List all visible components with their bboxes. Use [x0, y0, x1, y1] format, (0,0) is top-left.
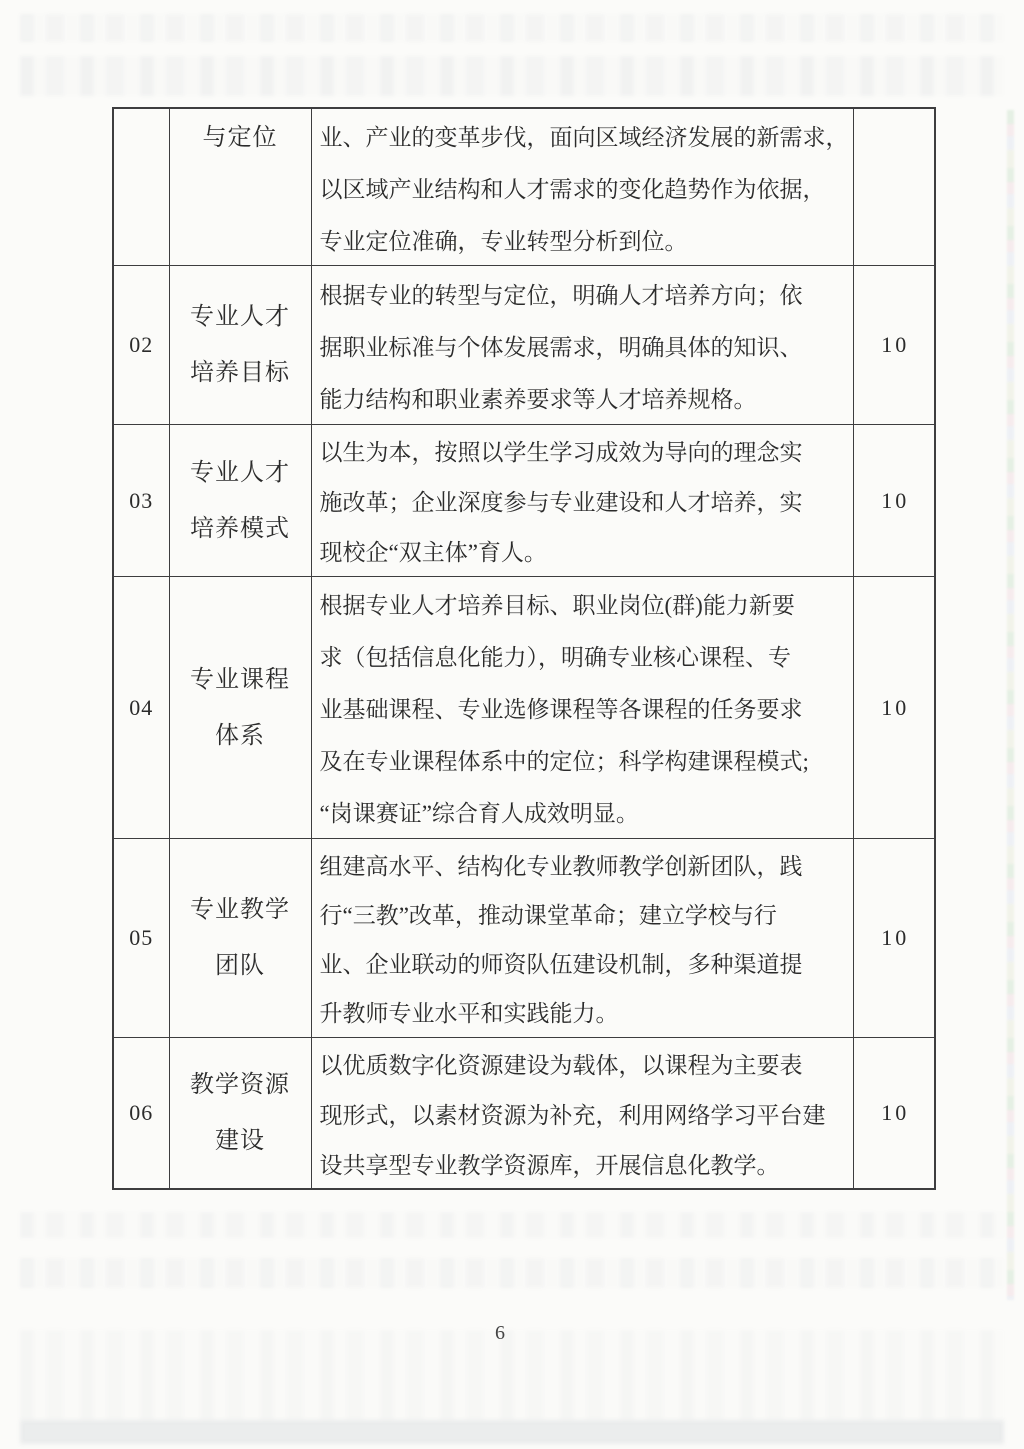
row-criteria: 以生为本，按照以学生学习成效为导向的理念实 施改革；企业深度参与专业建设和人才培…: [311, 425, 853, 577]
criteria-line: 现形式，以素材资源为补充，利用网络学习平台建: [320, 1088, 849, 1138]
criteria-line: 专业定位准确，专业转型分析到位。: [320, 213, 849, 265]
category-line: 团队: [170, 938, 311, 994]
row-criteria: 组建高水平、结构化专业教师教学创新团队，践 行“三教”改革，推动课堂革命；建立学…: [311, 839, 853, 1038]
criteria-line: 以区域产业结构和人才需求的变化趋势作为依据，: [320, 161, 849, 213]
row-category: 与定位: [169, 108, 311, 266]
row-score: 10: [853, 839, 935, 1038]
row-criteria: 以优质数字化资源建设为载体，以课程为主要表 现形式，以素材资源为补充，利用网络学…: [311, 1038, 853, 1190]
scan-artifact: [20, 1212, 1004, 1238]
row-category: 教学资源 建设: [169, 1038, 311, 1190]
criteria-line: 以生为本，按照以学生学习成效为导向的理念实: [320, 426, 849, 476]
criteria-line: 行“三教”改革，推动课堂革命；建立学校与行: [320, 889, 849, 938]
table-row: 03 专业人才 培养模式 以生为本，按照以学生学习成效为导向的理念实 施改革；企…: [113, 425, 935, 577]
row-category: 专业人才 培养目标: [169, 266, 311, 425]
row-index: 04: [113, 577, 169, 839]
category-line: 专业人才: [170, 445, 311, 501]
table-row: 与定位 业、产业的变革步伐，面向区域经济发展的新需求， 以区域产业结构和人才需求…: [113, 108, 935, 266]
row-category: 专业课程 体系: [169, 577, 311, 839]
row-index: 02: [113, 266, 169, 425]
criteria-line: 及在专业课程体系中的定位；科学构建课程模式;: [320, 734, 849, 786]
row-score: 10: [853, 425, 935, 577]
criteria-line: 业基础课程、专业选修课程等各课程的任务要求: [320, 682, 849, 734]
row-score: [853, 108, 935, 266]
criteria-line: 设共享型专业教学资源库，开展信息化教学。: [320, 1138, 849, 1188]
evaluation-criteria-table: 与定位 业、产业的变革步伐，面向区域经济发展的新需求， 以区域产业结构和人才需求…: [112, 107, 936, 1190]
criteria-line: 根据专业人才培养目标、职业岗位(群)能力新要: [320, 578, 849, 630]
category-line: 专业人才: [170, 289, 311, 345]
document-page: 与定位 业、产业的变革步伐，面向区域经济发展的新需求， 以区域产业结构和人才需求…: [0, 0, 1024, 1449]
row-criteria: 根据专业人才培养目标、职业岗位(群)能力新要 求（包括信息化能力），明确专业核心…: [311, 577, 853, 839]
scan-artifact: [20, 14, 1004, 42]
criteria-line: 组建高水平、结构化专业教师教学创新团队，践: [320, 840, 849, 889]
category-line: 教学资源: [170, 1057, 311, 1113]
criteria-line: “岗课赛证”综合育人成效明显。: [320, 786, 849, 838]
row-score: 10: [853, 577, 935, 839]
row-category: 专业教学 团队: [169, 839, 311, 1038]
scan-artifact: [20, 56, 1004, 96]
table-row: 02 专业人才 培养目标 根据专业的转型与定位，明确人才培养方向；依 据职业标准…: [113, 266, 935, 425]
row-score: 10: [853, 1038, 935, 1190]
row-criteria: 业、产业的变革步伐，面向区域经济发展的新需求， 以区域产业结构和人才需求的变化趋…: [311, 108, 853, 266]
category-line: 建设: [170, 1113, 311, 1169]
scan-artifact: [20, 1258, 1004, 1288]
scan-artifact: [20, 1420, 1004, 1444]
category-line: 专业教学: [170, 882, 311, 938]
row-category: 专业人才 培养模式: [169, 425, 311, 577]
table-row: 06 教学资源 建设 以优质数字化资源建设为载体，以课程为主要表 现形式，以素材…: [113, 1038, 935, 1190]
category-line: 培养目标: [170, 345, 311, 401]
criteria-line: 根据专业的转型与定位，明确人才培养方向；依: [320, 267, 849, 319]
row-index: 06: [113, 1038, 169, 1190]
row-score: 10: [853, 266, 935, 425]
criteria-line: 施改革；企业深度参与专业建设和人才培养，实: [320, 476, 849, 526]
scan-artifact-right-edge: [1007, 110, 1014, 1300]
criteria-line: 据职业标准与个体发展需求，明确具体的知识、: [320, 319, 849, 371]
category-line: 与定位: [170, 109, 311, 161]
row-index: [113, 108, 169, 266]
category-line: 培养模式: [170, 501, 311, 557]
criteria-line: 现校企“双主体”育人。: [320, 526, 849, 576]
criteria-line: 求（包括信息化能力），明确专业核心课程、专: [320, 630, 849, 682]
category-line: 体系: [170, 708, 311, 764]
row-index: 03: [113, 425, 169, 577]
criteria-line: 以优质数字化资源建设为载体，以课程为主要表: [320, 1038, 849, 1088]
criteria-line: 业、企业联动的师资队伍建设机制，多种渠道提: [320, 938, 849, 987]
criteria-line: 升教师专业水平和实践能力。: [320, 987, 849, 1036]
table-row: 04 专业课程 体系 根据专业人才培养目标、职业岗位(群)能力新要 求（包括信息…: [113, 577, 935, 839]
row-index: 05: [113, 839, 169, 1038]
table-row: 05 专业教学 团队 组建高水平、结构化专业教师教学创新团队，践 行“三教”改革…: [113, 839, 935, 1038]
page-number: 6: [0, 1322, 1000, 1345]
category-line: 专业课程: [170, 652, 311, 708]
row-criteria: 根据专业的转型与定位，明确人才培养方向；依 据职业标准与个体发展需求，明确具体的…: [311, 266, 853, 425]
criteria-line: 业、产业的变革步伐，面向区域经济发展的新需求，: [320, 109, 849, 161]
criteria-line: 能力结构和职业素养要求等人才培养规格。: [320, 371, 849, 423]
